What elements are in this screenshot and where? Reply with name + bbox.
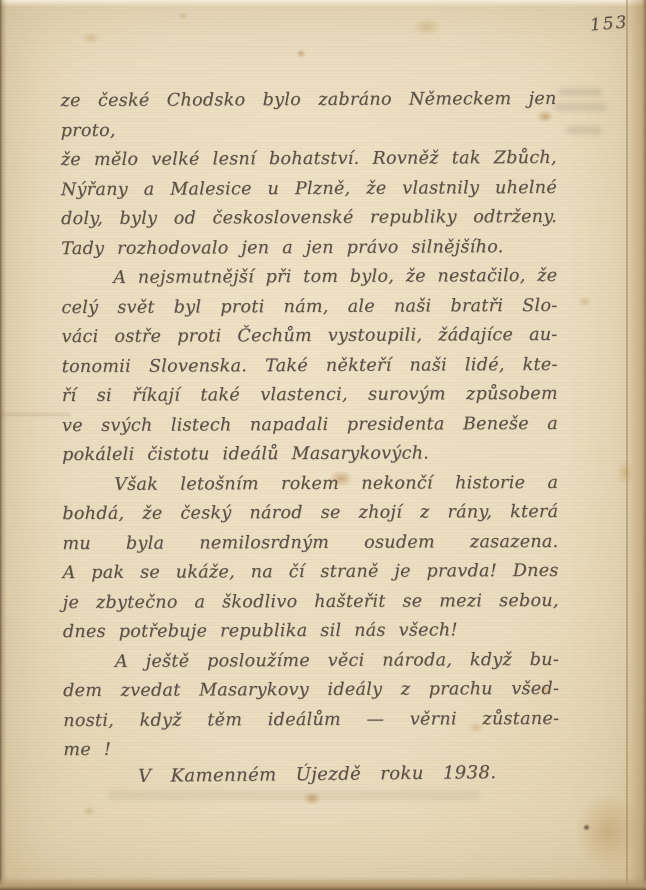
handwritten-line: že mělo velké lesní bohatství. Rovněž ta… (61, 144, 557, 176)
page-edge-right-line (626, 0, 628, 890)
stain (583, 824, 590, 831)
stain (616, 460, 634, 486)
page-number: 153 (589, 12, 629, 35)
handwritten-line: dnes potřebuje republika sil nás všech! (63, 616, 559, 648)
stain (572, 790, 644, 872)
handwritten-line: Nýřany a Malesice u Plzně, že vlastnily … (61, 173, 557, 205)
ghost-bleed-through (554, 103, 606, 111)
handwritten-line: bohdá, že český národ se zhojí z rány, k… (62, 498, 558, 530)
handwritten-line: pokáleli čistotu ideálů Masarykových. (62, 439, 558, 471)
handwritten-line: je zbytečno a škodlivo hašteřit se mezi … (63, 586, 559, 618)
page-edge-left (0, 0, 7, 890)
handwritten-line: ve svých listech napadali presidenta Ben… (62, 409, 558, 441)
page-edge-top (0, 0, 646, 7)
stain (178, 12, 188, 20)
handwritten-line: me ! (63, 734, 559, 766)
page-edge-right (627, 0, 646, 890)
ghost-bleed-through (566, 126, 602, 134)
closing-date-line: V Kamenném Újezdě roku 1938. (138, 762, 497, 787)
handwritten-line: A ještě posloužíme věci národa, když bu- (63, 645, 559, 677)
handwritten-line: dem zvedat Masarykovy ideály z prachu vš… (63, 675, 559, 707)
handwritten-line: A nejsmutnější při tom bylo, že nestačil… (61, 262, 557, 294)
handwritten-line: Tady rozhodovalo jen a jen právo silnějš… (61, 232, 557, 264)
handwritten-line: ří si říkají také vlastenci, surovým způ… (62, 380, 558, 412)
handwritten-line: celý svět byl proti nám, ale naši bratři… (61, 291, 557, 323)
handwritten-line: A pak se ukáže, na čí straně je pravda! … (63, 557, 559, 589)
handwritten-line: Však letošním rokem nekončí historie a (62, 468, 558, 500)
paper-crease (0, 412, 70, 417)
handwritten-line: ze české Chodsko bylo zabráno Německem j… (61, 85, 557, 146)
stain (303, 792, 321, 805)
stain (412, 18, 442, 36)
handwritten-line: doly, byly od československé republiky o… (61, 203, 557, 235)
handwritten-line: tonomii Slovenska. Také někteří naši lid… (62, 350, 558, 382)
stain (82, 32, 100, 44)
ghost-bleed-through (108, 790, 480, 800)
page-edge-bottom (0, 877, 646, 890)
handwritten-line: nosti, když těm ideálům — věrni zůstane- (63, 704, 559, 736)
handwritten-line: mu byla nemilosrdným osudem zasazena. (62, 527, 558, 559)
stain (296, 49, 306, 58)
manuscript-page: 153 ze české Chodsko bylo zabráno Německ… (0, 0, 646, 890)
handwriting-text-block: ze české Chodsko bylo zabráno Německem j… (61, 85, 560, 766)
ghost-bleed-through (558, 88, 602, 96)
stain (82, 806, 96, 816)
handwritten-line: váci ostře proti Čechům vystoupili, žáda… (62, 321, 558, 353)
stain (578, 296, 592, 307)
